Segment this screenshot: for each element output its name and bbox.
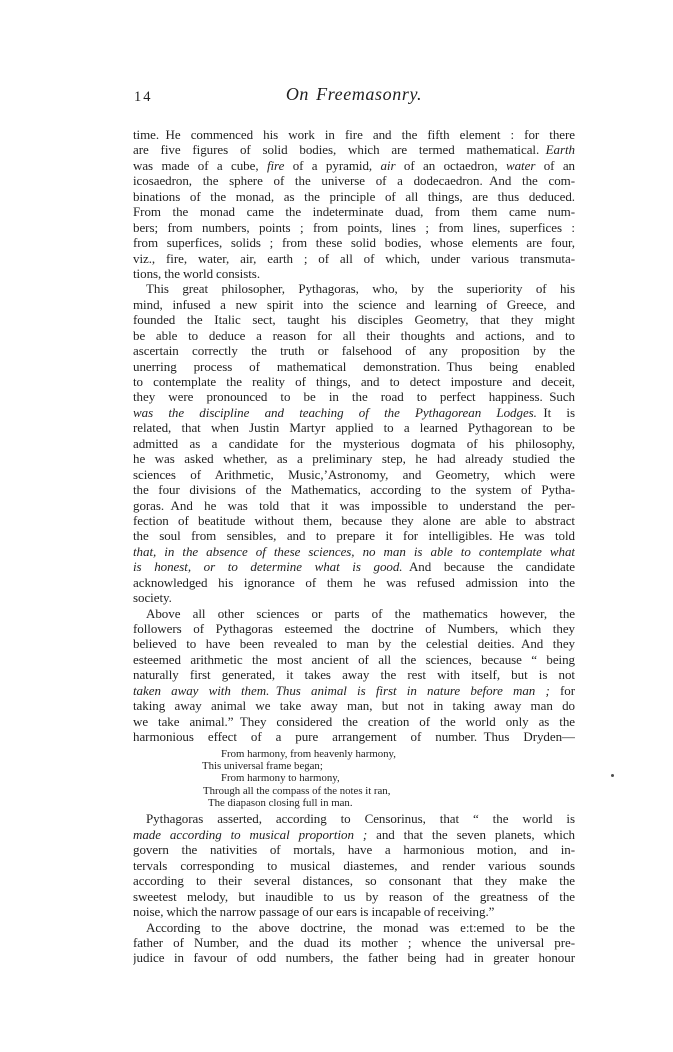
text-segment: time. He commenced his work in fire and … [133,127,575,142]
text-segment: This great philosopher, Pythagoras, who,… [146,281,575,296]
text-segment: mind, infused a new spirit into the scie… [133,297,575,312]
text-line: followers of Pythagoras esteemed the doc… [133,621,575,636]
text-line: judice in favour of odd numbers, the fat… [133,950,575,965]
text-segment: from superfices, solids ; from these sol… [133,235,575,250]
page-text-block: time. He commenced his work in fire and … [133,127,575,966]
text-segment: Pythagoras asserted, according to Censor… [146,811,575,826]
text-line: sciences of Arithmetic, Music,’Astronomy… [133,467,575,482]
text-segment: From harmony to harmony, [221,772,340,784]
text-segment: unerring process of mathematical demonst… [133,359,575,374]
text-line: be able to deduce a reason for all their… [133,328,575,343]
italic-text: that, in the absence of these sciences, … [133,544,575,559]
text-line: founded the Italic sect, taught his disc… [133,312,575,327]
text-line: society. [133,590,575,605]
text-segment: the soul from sensibles, and to prepare … [133,528,575,543]
text-segment: The diapason closing full in man. [208,797,353,809]
text-segment: believed to have been revealed to man by… [133,636,575,651]
text-segment: esteemed arithmetic the most ancient of … [133,652,575,667]
text-segment: society. [133,590,172,605]
text-segment: admitted as a candidate for the mysterio… [133,436,575,451]
text-line: the soul from sensibles, and to prepare … [133,528,575,543]
text-line: viz., fire, water, air, earth ; of all o… [133,251,575,266]
text-line: taken away with them. Thus animal is fir… [133,683,575,698]
text-line: bers; from numbers, points ; from points… [133,220,575,235]
text-segment: was made of a cube, [133,158,267,173]
italic-text: fire [267,158,284,173]
text-segment: we take animal.” They considered the cre… [133,714,575,729]
text-line: icosaedron, the sphere of the universe o… [133,173,575,188]
ink-speck [611,774,614,777]
italic-text: taken away with them. Thus animal is fir… [133,683,550,698]
text-line: According to the above doctrine, the mon… [133,920,575,935]
text-line: acknowledged his ignorance of them he wa… [133,575,575,590]
text-line: harmonious effect of a pure arrangement … [133,729,575,744]
text-segment: followers of Pythagoras esteemed the doc… [133,621,575,636]
text-segment: viz., fire, water, air, earth ; of all o… [133,251,575,266]
text-line: from superfices, solids ; from these sol… [133,235,575,250]
text-segment: for [550,683,575,698]
text-line: Through all the compass of the notes it … [133,785,575,797]
paragraph: Pythagoras asserted, according to Censor… [133,811,575,919]
text-segment: sweetest melody, but inaudible to us by … [133,889,575,904]
text-line: goras. And he was told that it was impos… [133,498,575,513]
text-line: sweetest melody, but inaudible to us by … [133,889,575,904]
text-segment: tions, the world consists. [133,266,260,281]
text-line: The diapason closing full in man. [133,797,575,809]
text-line: tervals corresponding to musical diastem… [133,858,575,873]
text-segment: the four divisions of the Mathematics, a… [133,482,575,497]
text-segment: This universal frame began; [202,760,323,772]
text-line: esteemed arithmetic the most ancient of … [133,652,575,667]
text-segment: goras. And he was told that it was impos… [133,498,575,513]
text-segment: harmonious effect of a pure arrangement … [133,729,575,744]
text-segment: binations of the monad, as the principle… [133,189,575,204]
text-line: we take animal.” They considered the cre… [133,714,575,729]
text-segment: acknowledged his ignorance of them he wa… [133,575,575,590]
text-line: From the monad came the indeterminate du… [133,204,575,219]
text-line: taking away animal we take away man, but… [133,698,575,713]
text-segment: taking away animal we take away man, but… [133,698,575,713]
text-segment: and that the seven planets, which [367,827,575,842]
italic-text: Earth [546,142,575,157]
text-segment: ascertain correctly the truth or falseho… [133,343,575,358]
text-line: binations of the monad, as the principle… [133,189,575,204]
text-segment: be able to deduce a reason for all their… [133,328,575,343]
text-line: govern the nativities of mortals, have a… [133,842,575,857]
text-line: fection of beatitude without them, becau… [133,513,575,528]
text-segment: icosaedron, the sphere of the universe o… [133,173,575,188]
text-segment: naturally first generated, it takes away… [133,667,575,682]
text-segment: of an octaedron, [396,158,506,173]
verse-quote: From harmony, from heavenly harmony,This… [133,748,575,810]
text-line: to contemplate the reality of things, an… [133,374,575,389]
paragraph: time. He commenced his work in fire and … [133,127,575,281]
paragraph: Above all other sciences or parts of the… [133,606,575,745]
text-line: mind, infused a new spirit into the scie… [133,297,575,312]
text-line: the four divisions of the Mathematics, a… [133,482,575,497]
italic-text: made according to musical proportion ; [133,827,367,842]
text-segment: fection of beatitude without them, becau… [133,513,575,528]
text-segment: are five figures of solid bodies, which … [133,142,546,157]
italic-text: air [380,158,395,173]
text-segment: It is [537,405,575,420]
text-line: This universal frame began; [133,760,575,772]
text-line: admitted as a candidate for the mysterio… [133,436,575,451]
text-segment: related, that when Justin Martyr applied… [133,420,575,435]
text-line: unerring process of mathematical demonst… [133,359,575,374]
text-line: Above all other sciences or parts of the… [133,606,575,621]
paragraph: This great philosopher, Pythagoras, who,… [133,281,575,605]
text-segment: And because the candidate [403,559,575,574]
text-line: are five figures of solid bodies, which … [133,142,575,157]
text-segment: From harmony, from heavenly harmony, [221,748,396,760]
italic-text: was the discipline and teaching of the P… [133,405,537,420]
text-line: This great philosopher, Pythagoras, who,… [133,281,575,296]
text-segment: tervals corresponding to musical diastem… [133,858,575,873]
text-segment: to contemplate the reality of things, an… [133,374,575,389]
text-line: ascertain correctly the truth or falseho… [133,343,575,358]
text-line: From harmony to harmony, [133,772,575,784]
text-line: made according to musical proportion ; a… [133,827,575,842]
text-line: is honest, or to determine what is good.… [133,559,575,574]
running-title: On Freemasonry. [133,84,575,105]
text-line: was the discipline and teaching of the P… [133,405,575,420]
text-segment: he was asked whether, as a preliminary s… [133,451,575,466]
italic-text: water [506,158,535,173]
text-segment: sciences of Arithmetic, Music,’Astronomy… [133,467,575,482]
text-segment: According to the above doctrine, the mon… [146,920,575,935]
text-line: noise, which the narrow passage of our e… [133,904,575,919]
paragraph: According to the above doctrine, the mon… [133,920,575,966]
text-segment: govern the nativities of mortals, have a… [133,842,575,857]
text-line: related, that when Justin Martyr applied… [133,420,575,435]
text-segment: they were pronounced to be in the road t… [133,389,575,404]
italic-text: is honest, or to determine what is good. [133,559,403,574]
text-segment: founded the Italic sect, taught his disc… [133,312,575,327]
text-segment: Above all other sciences or parts of the… [146,606,575,621]
text-line: naturally first generated, it takes away… [133,667,575,682]
text-line: From harmony, from heavenly harmony, [133,748,575,760]
text-line: he was asked whether, as a preliminary s… [133,451,575,466]
text-segment: of an [535,158,575,173]
book-page: 14 On Freemasonry. time. He commenced hi… [0,0,673,1052]
text-line: time. He commenced his work in fire and … [133,127,575,142]
text-line: Pythagoras asserted, according to Censor… [133,811,575,826]
text-line: tions, the world consists. [133,266,575,281]
text-line: according to their several distances, so… [133,873,575,888]
text-line: was made of a cube, fire of a pyramid, a… [133,158,575,173]
text-line: they were pronounced to be in the road t… [133,389,575,404]
text-segment: bers; from numbers, points ; from points… [133,220,575,235]
text-segment: of a pyramid, [284,158,380,173]
text-segment: father of Number, and the duad its mothe… [133,935,575,950]
text-line: father of Number, and the duad its mothe… [133,935,575,950]
text-segment: according to their several distances, so… [133,873,575,888]
text-line: that, in the absence of these sciences, … [133,544,575,559]
text-segment: noise, which the narrow passage of our e… [133,904,494,919]
text-segment: Through all the compass of the notes it … [203,785,390,797]
text-segment: From the monad came the indeterminate du… [133,204,575,219]
text-line: believed to have been revealed to man by… [133,636,575,651]
text-segment: judice in favour of odd numbers, the fat… [133,950,575,965]
